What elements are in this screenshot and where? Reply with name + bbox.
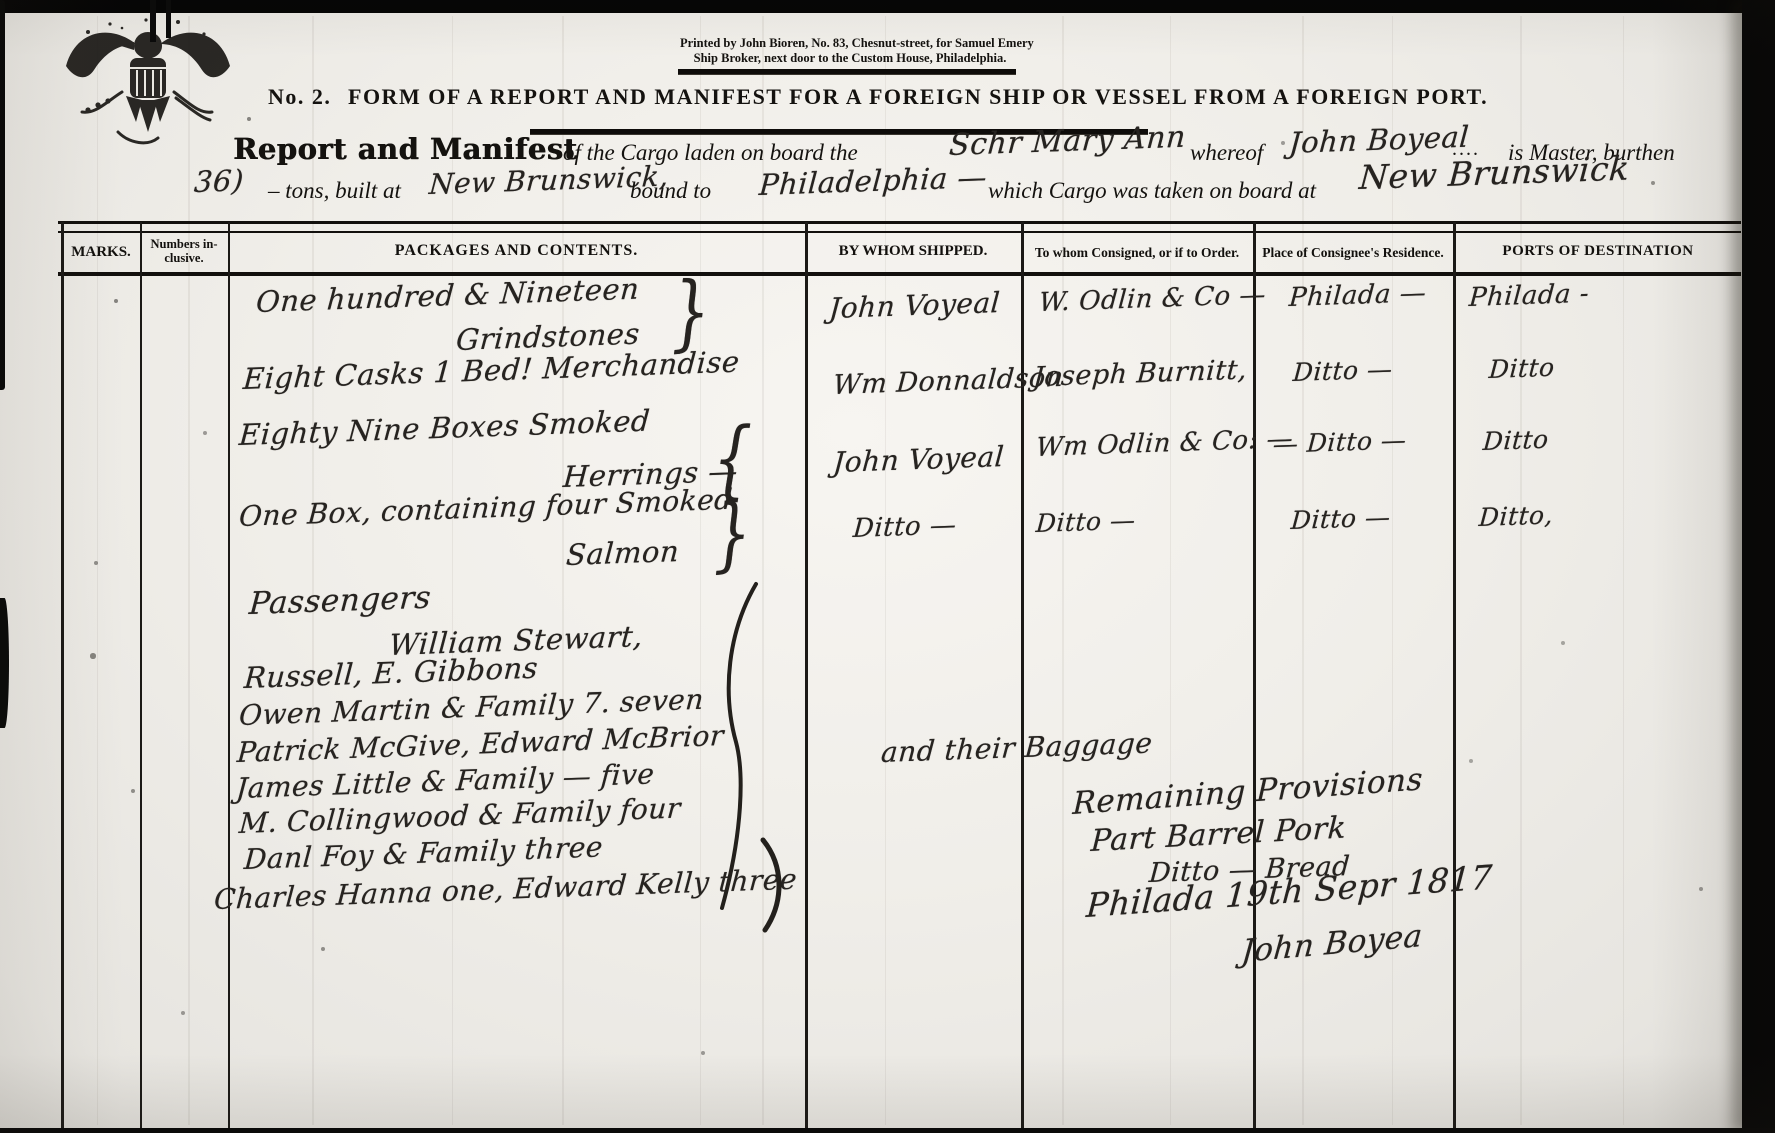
- form-title: FORM OF A REPORT AND MANIFEST FOR A FORE…: [348, 84, 1488, 110]
- report-manifest-heading: Report and Manifest: [233, 132, 577, 166]
- form-number: No. 2.: [268, 84, 331, 110]
- scan-artifact-bar: [166, 0, 171, 38]
- column-line-residence: [1453, 222, 1456, 1129]
- scan-edge-left: [0, 0, 5, 390]
- crease-line: [97, 16, 98, 1125]
- row3-residence: — Ditto —: [1272, 425, 1408, 459]
- header-numbers-line1: Numbers in-: [140, 237, 228, 251]
- row1-consignee: W. Odlin & Co —: [1038, 280, 1267, 318]
- provisions-line1: Remaining Provisions: [1072, 761, 1424, 822]
- header-numbers-line2: clusive.: [140, 251, 228, 265]
- row4-residence: Ditto —: [1290, 502, 1392, 535]
- column-line-marks: [140, 222, 142, 1129]
- row2-packages-line1: Eight Casks 1 Bed! Merchandise: [242, 345, 741, 396]
- row3-shipper: John Voyeal: [832, 440, 1005, 479]
- table-border-left: [61, 222, 64, 1129]
- row4-port: Ditto,: [1478, 500, 1554, 532]
- column-line-consigned: [1253, 222, 1256, 1129]
- scan-edge-top: [0, 0, 1775, 13]
- preamble-text-4: – tons, built at: [268, 178, 401, 204]
- header-consigned: To whom Consigned, or if to Order.: [1021, 245, 1253, 261]
- passengers-brace-flourish: [718, 580, 762, 912]
- table-header-rule: [58, 272, 1741, 276]
- crease-line: [188, 16, 190, 1125]
- ship-manifest-scan: Printed by John Bioren, No. 83, Chesnut-…: [0, 0, 1775, 1133]
- dust-specks: [0, 0, 2, 2]
- eagle-emblem-icon: [58, 14, 238, 172]
- master-signature: John Boyea: [1240, 918, 1424, 970]
- row2-shipper: Wm Donnaldson: [832, 362, 1065, 401]
- header-packages: PACKAGES AND CONTENTS.: [228, 242, 805, 260]
- printer-note-underline: [678, 69, 1016, 75]
- column-line-numbers: [228, 222, 230, 1129]
- table-top-rule: [58, 221, 1741, 233]
- row1-port: Philada -: [1468, 279, 1590, 313]
- passenger-name: Russell, E. Gibbons: [243, 651, 539, 695]
- header-numbers: Numbers in- clusive.: [140, 237, 228, 265]
- row4-consignee: Ditto —: [1035, 505, 1137, 538]
- tons-value-handwritten: 36): [193, 163, 245, 199]
- preamble-text-6: which Cargo was taken on board at: [988, 178, 1316, 204]
- vessel-name-handwritten: Schr Mary Ann: [948, 120, 1187, 163]
- header-marks: MARKS.: [62, 244, 140, 261]
- row2-port: Ditto: [1488, 353, 1556, 384]
- row4-packages-line2: Salmon: [565, 534, 680, 572]
- printer-note: Printed by John Bioren, No. 83, Chesnut-…: [680, 36, 1020, 66]
- passengers-heading: Passengers: [248, 580, 432, 622]
- header-residence: Place of Consignee's Residence.: [1253, 245, 1453, 261]
- closing-paren-flourish: [757, 836, 789, 934]
- scan-edge-bottom: [0, 1128, 1775, 1133]
- header-ports: PORTS OF DESTINATION: [1453, 243, 1743, 260]
- row2-residence: Ditto —: [1292, 354, 1394, 387]
- preamble-text-5: bound to: [630, 178, 711, 204]
- row4-brace: }: [712, 486, 753, 581]
- row3-port: Ditto: [1482, 425, 1550, 456]
- scan-edge-right: [1742, 0, 1775, 1133]
- scan-edge-left-blob: [0, 598, 9, 728]
- row1-residence: Philada —: [1288, 278, 1427, 313]
- master-name-handwritten: John Boyeal: [1288, 120, 1470, 160]
- printer-note-line2: Ship Broker, next door to the Custom Hou…: [680, 51, 1020, 66]
- column-line-shipped: [1021, 222, 1024, 1129]
- row4-shipper: Ditto —: [852, 510, 958, 544]
- taken-on-board-at-handwritten: New Brunswick: [1358, 148, 1631, 197]
- preamble-text-2: whereof: [1190, 140, 1263, 166]
- scan-artifact-bar: [150, 0, 156, 42]
- column-line-packages: [805, 222, 808, 1129]
- printer-note-line1: Printed by John Bioren, No. 83, Chesnut-…: [680, 36, 1020, 51]
- header-shipped: BY WHOM SHIPPED.: [805, 243, 1021, 260]
- row1-shipper: John Voyeal: [828, 286, 1001, 325]
- baggage-note: and their Baggage: [880, 726, 1154, 769]
- row2-consignee: Joseph Burnitt,: [1032, 354, 1248, 393]
- row3-packages-line1: Eighty Nine Boxes Smoked: [238, 404, 651, 452]
- bound-to-handwritten: Philadelphia —: [758, 160, 988, 202]
